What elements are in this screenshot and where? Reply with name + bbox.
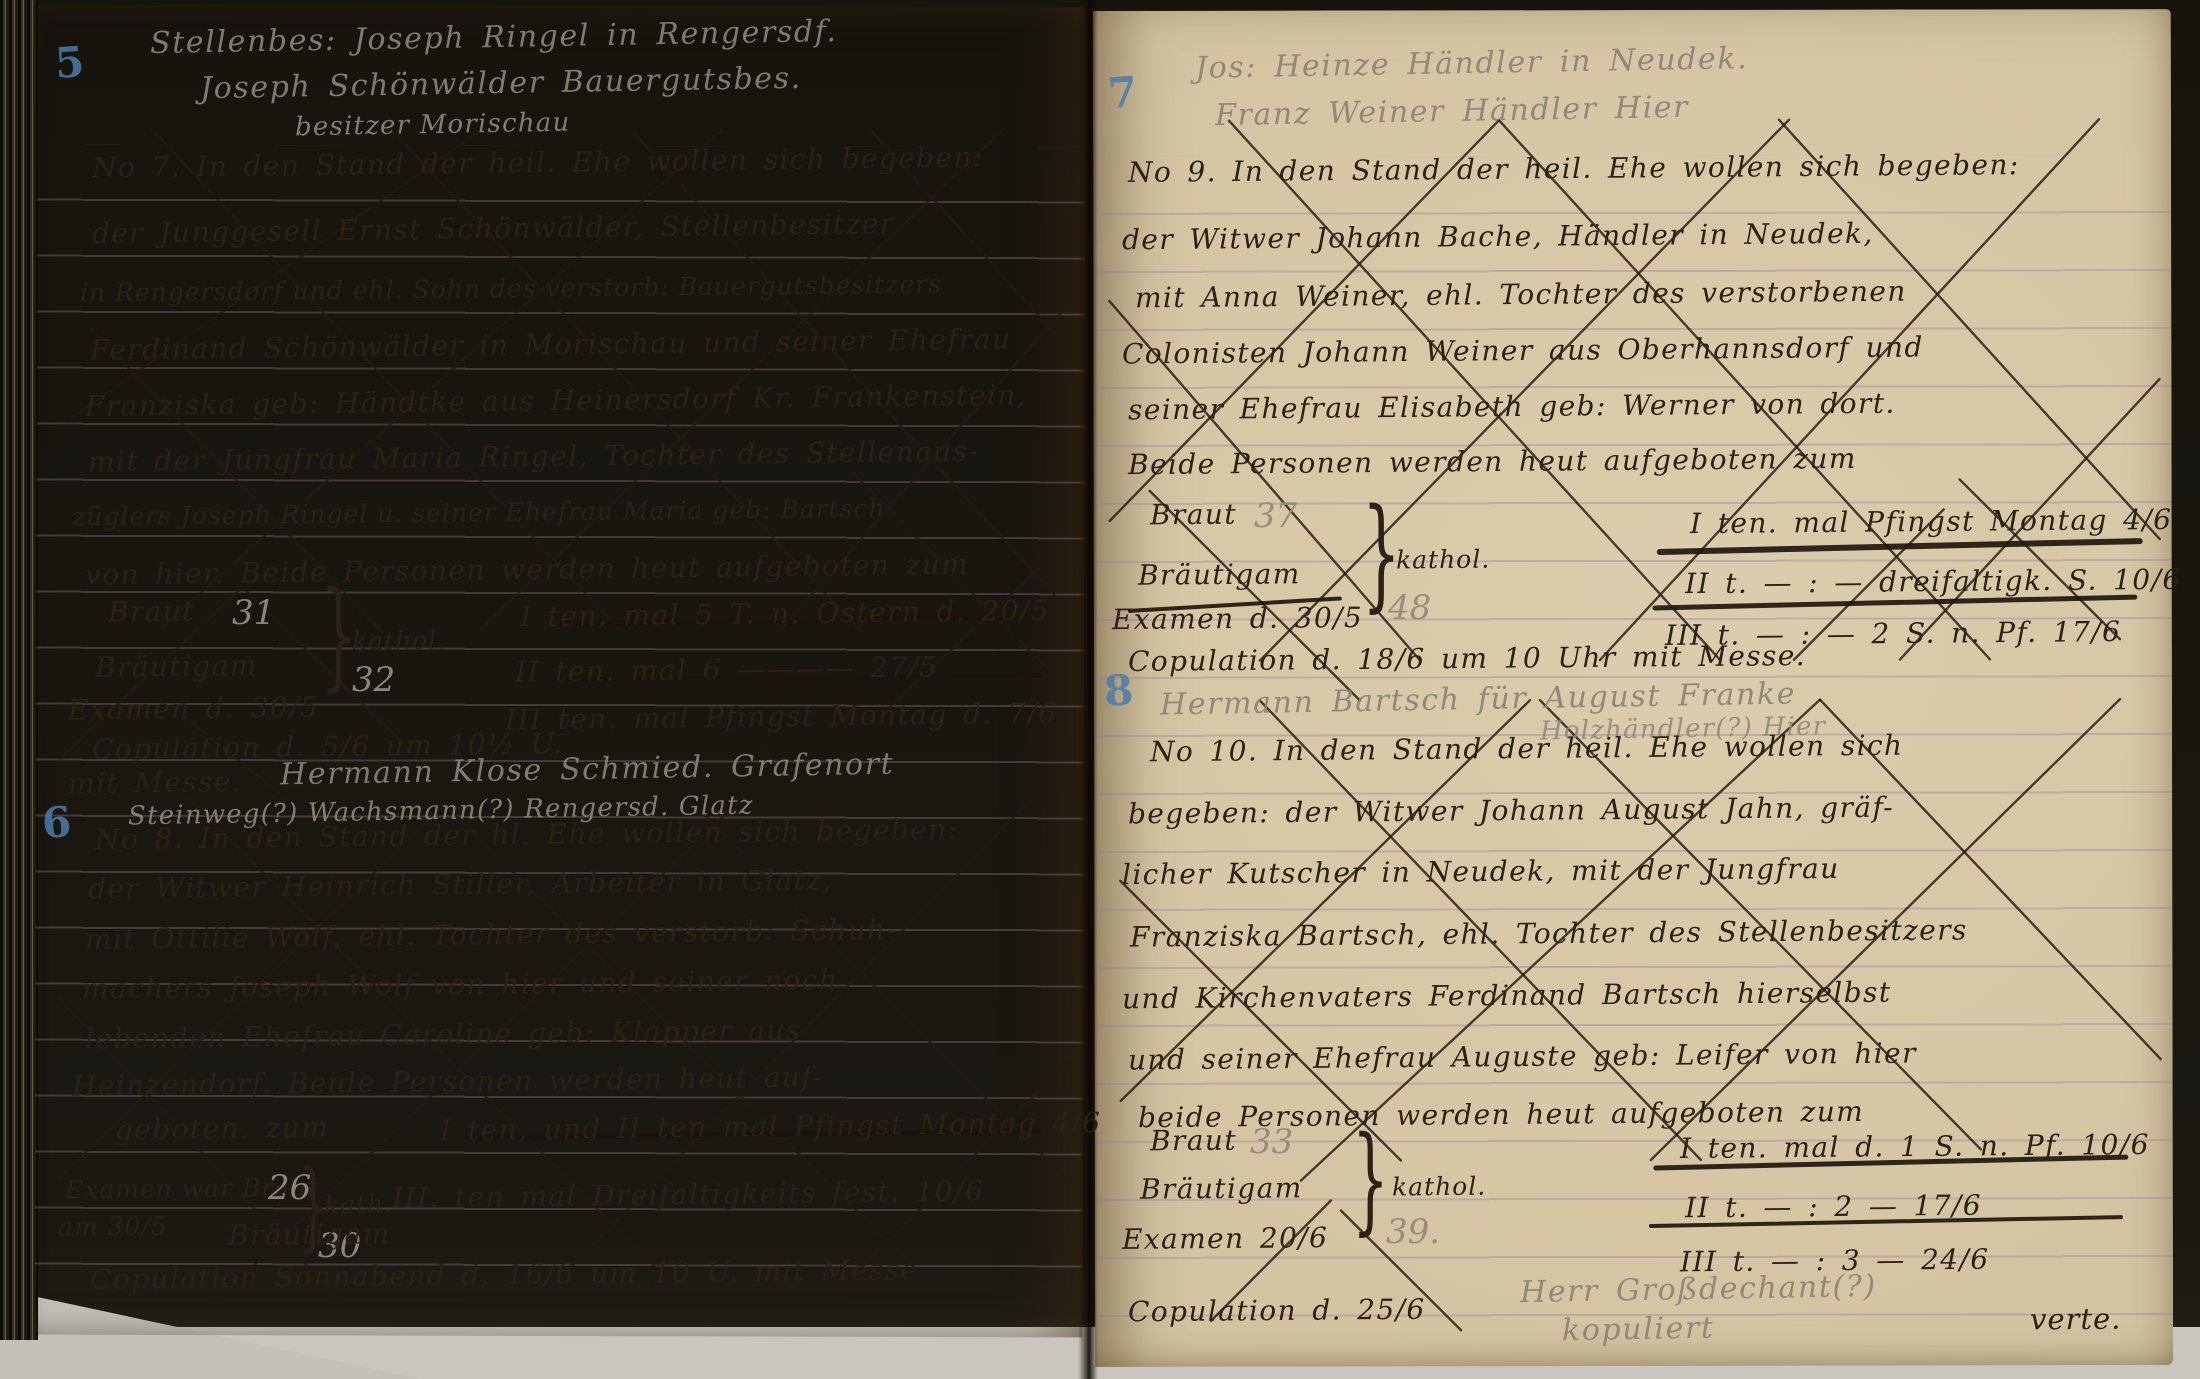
banns7-row3: III ten. mal Pfingst Montag d. 7/6 (505, 697, 1058, 737)
messe-note: mit Messe. (68, 765, 242, 800)
pencil-annotation: Herr Großdechant(?) (1520, 1269, 1877, 1310)
book-gutter (1078, 0, 1098, 1379)
page-number-left: 5 (53, 37, 86, 88)
entry10-line: und seiner Ehefrau Auguste geb: Leifer v… (1128, 1037, 1917, 1077)
register-book-spread: 5 Stellenbes: Joseph Ringel in Rengersdf… (0, 0, 2200, 1379)
margin-number-6: 6 (40, 797, 73, 848)
banns10-row2: II t. — : 2 — 17/6 (1685, 1189, 1982, 1225)
entry10-line: und Kirchenvaters Ferdinand Bartsch hier… (1122, 976, 1892, 1016)
braeutigam-label: Bräutigam (228, 1217, 391, 1252)
examen-date: am 30/5 (58, 1211, 168, 1241)
examen-note: Examen d. 30/5 (68, 690, 320, 726)
entry10-line: begeben: der Witwer Johann August Jahn, … (1128, 791, 1894, 831)
margin-number-8: 8 (1102, 665, 1135, 716)
examen-note: Examen d. 30/5 (1112, 601, 1363, 636)
copulation-note: Copulation d. 25/6 (1128, 1293, 1426, 1329)
braut-label: Braut (1150, 498, 1237, 532)
entry10-line: licher Kutscher in Neudek, mit der Jungf… (1122, 852, 1840, 891)
entry10-line: beide Personen werden heut aufgeboten zu… (1138, 1095, 1864, 1134)
entry8-line: geboten. zum (115, 1111, 329, 1147)
banns9-row1: I ten. mal Pfingst Montag 4/6 (1690, 503, 2173, 540)
entry9-line: seiner Ehefrau Elisabeth geb: Werner von… (1128, 387, 1896, 427)
entry9-line: mit Anna Weiner, ehl. Tochter des versto… (1135, 275, 1907, 315)
banns7-row2: II ten. mal 6 ———— 27/5 (515, 650, 939, 688)
banns7-row1: I ten. mal 5 T. n. Ostern d. 20/5 (520, 594, 1050, 633)
braut-label: Braut (1150, 1124, 1237, 1158)
braeutigam-age: 39. (1386, 1212, 1440, 1252)
braut-age: 37 (1254, 496, 1297, 536)
kathol-note: kath. (324, 1190, 393, 1220)
copulation-note: Copulation d. 18/6 um 10 Uhr mit Messe. (1128, 639, 1806, 678)
pencil-annotation: kopuliert (1562, 1311, 1715, 1349)
kathol-note: kathol. (352, 626, 447, 656)
entry9-line: Colonisten Johann Weiner aus Oberhannsdo… (1122, 331, 1924, 371)
braut-age: 31 (232, 593, 275, 633)
braeutigam-age: 32 (352, 660, 395, 700)
pencil-header-left-3: besitzer Morischau (295, 108, 571, 143)
entry9-line: der Witwer Johann Bache, Händler in Neud… (1122, 217, 1874, 257)
braut-age: 33 (1250, 1122, 1293, 1162)
examen-note: Examen 20/6 (1122, 1221, 1329, 1256)
page-number-right: 7 (1106, 67, 1139, 118)
entry10-line: No 10. In den Stand der heil. Ehe wollen… (1150, 729, 1904, 769)
braeutigam-label: Bräutigam (95, 649, 258, 684)
book-spine-edge (0, 0, 38, 1340)
banns9-row2: II t. — : — dreifaltigk. S. 10/6 (1685, 563, 2182, 600)
braut-label: Braut (108, 594, 195, 628)
banns10-row1: I ten. mal d. 1 S. n. Pf. 10/6 (1680, 1128, 2150, 1165)
verte-note: verte. (2030, 1302, 2122, 1337)
braeutigam-age: 48 (1388, 588, 1431, 628)
braeutigam-label: Bräutigam (1138, 557, 1301, 591)
kathol-note: kathol. (1396, 545, 1491, 575)
kathol-note: kathol. (1392, 1172, 1487, 1202)
banns10-brace: } (1352, 1122, 1389, 1238)
braeutigam-label: Bräutigam (1140, 1171, 1303, 1205)
entry9-line: Beide Personen werden heut aufgeboten zu… (1128, 442, 1857, 481)
